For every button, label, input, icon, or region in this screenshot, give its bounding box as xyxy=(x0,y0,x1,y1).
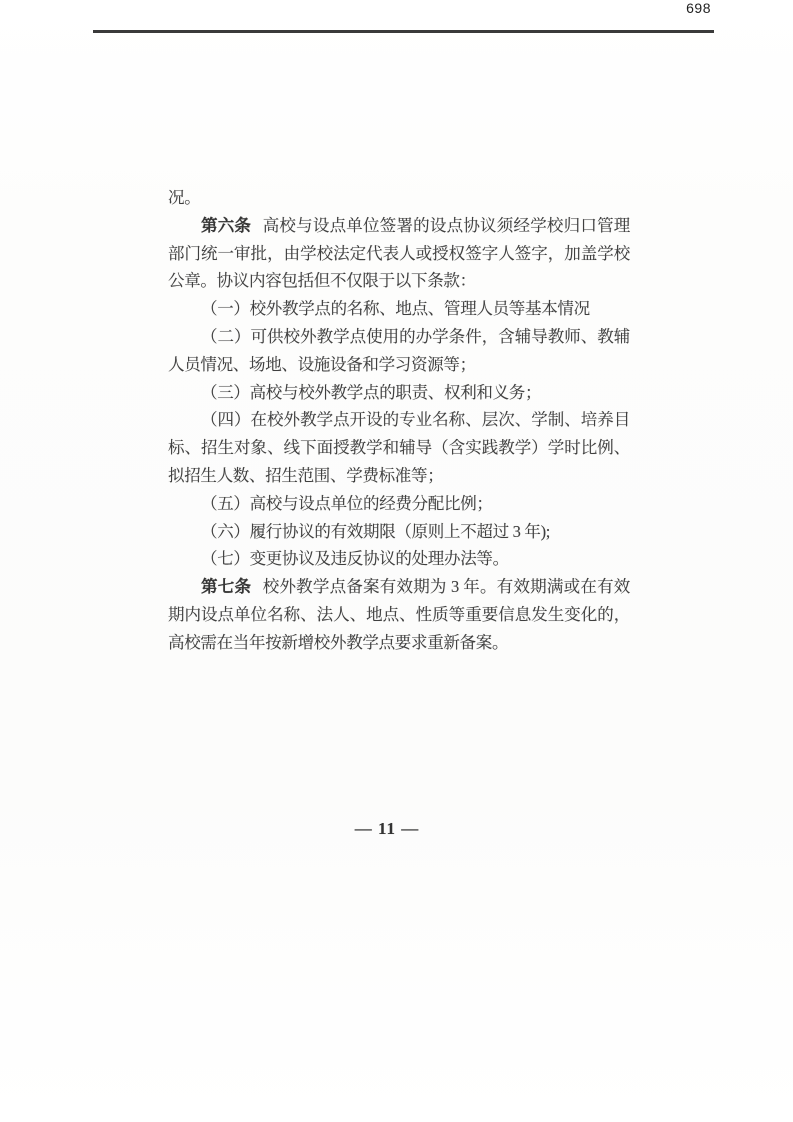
article-term: 第七条 xyxy=(201,577,251,596)
document-page: 698 况。 第六条高校与设点单位签署的设点协议须经学校归口管理 部门统一审批，… xyxy=(0,0,793,1122)
doc-line: 标、招生对象、线下面授教学和辅导（含实践教学）学时比例、 xyxy=(168,434,630,462)
article-term: 第六条 xyxy=(201,216,251,235)
doc-line-text: （六）履行协议的有效期限（原则上不超过 3 年); xyxy=(201,522,550,541)
doc-line: 况。 xyxy=(168,184,630,212)
doc-line-item-7: （七）变更协议及违反协议的处理办法等。 xyxy=(168,545,630,573)
doc-line-text: 况。 xyxy=(168,188,200,207)
doc-line-item-4: （四）在校外教学点开设的专业名称、层次、学制、培养目 xyxy=(168,406,630,434)
doc-line-text: 期内设点单位名称、法人、地点、性质等重要信息发生变化的， xyxy=(168,605,630,624)
doc-line-text: （七）变更协议及违反协议的处理办法等。 xyxy=(201,549,509,568)
doc-line-text: 标、招生对象、线下面授教学和辅导（含实践教学）学时比例、 xyxy=(168,438,630,457)
header-rule xyxy=(93,30,714,33)
doc-line-text: 拟招生人数、招生范围、学费标准等； xyxy=(168,466,443,485)
doc-line-text: （一）校外教学点的名称、地点、管理人员等基本情况 xyxy=(201,299,590,318)
doc-line: 部门统一审批，由学校法定代表人或授权签字人签字，加盖学校 xyxy=(168,240,630,268)
doc-line-item-3: （三）高校与校外教学点的职责、权利和义务； xyxy=(168,379,630,407)
top-page-number: 698 xyxy=(686,0,711,16)
doc-line-text: 部门统一审批，由学校法定代表人或授权签字人签字，加盖学校 xyxy=(168,244,630,263)
doc-line-text: （五）高校与设点单位的经费分配比例； xyxy=(201,494,493,513)
doc-line-item-5: （五）高校与设点单位的经费分配比例； xyxy=(168,490,630,518)
doc-line-article-6: 第六条高校与设点单位签署的设点协议须经学校归口管理 xyxy=(168,212,630,240)
doc-line-text: 校外教学点备案有效期为 3 年。有效期满或在有效 xyxy=(263,577,630,596)
doc-line-item-6: （六）履行协议的有效期限（原则上不超过 3 年); xyxy=(168,518,630,546)
doc-line-item-1: （一）校外教学点的名称、地点、管理人员等基本情况 xyxy=(168,295,630,323)
doc-line-text: 高校与设点单位签署的设点协议须经学校归口管理 xyxy=(263,216,630,235)
doc-line-text: 公章。协议内容包括但不仅限于以下条款： xyxy=(168,271,476,290)
doc-line: 拟招生人数、招生范围、学费标准等； xyxy=(168,462,630,490)
doc-line: 公章。协议内容包括但不仅限于以下条款： xyxy=(168,267,630,295)
doc-line-text: （二）可供校外教学点使用的办学条件，含辅导教师、教辅 xyxy=(201,327,630,346)
doc-line: 高校需在当年按新增校外教学点要求重新备案。 xyxy=(168,629,630,657)
doc-line-article-7: 第七条校外教学点备案有效期为 3 年。有效期满或在有效 xyxy=(168,573,630,601)
doc-line-text: （三）高校与校外教学点的职责、权利和义务； xyxy=(201,383,541,402)
doc-line-text: 高校需在当年按新增校外教学点要求重新备案。 xyxy=(168,633,508,652)
doc-line: 人员情况、场地、设施设备和学习资源等； xyxy=(168,351,630,379)
doc-line-text: 人员情况、场地、设施设备和学习资源等； xyxy=(168,355,476,374)
document-body: 况。 第六条高校与设点单位签署的设点协议须经学校归口管理 部门统一审批，由学校法… xyxy=(168,184,630,657)
footer-page-number: — 11 — xyxy=(355,819,420,839)
doc-line-item-2: （二）可供校外教学点使用的办学条件，含辅导教师、教辅 xyxy=(168,323,630,351)
doc-line: 期内设点单位名称、法人、地点、性质等重要信息发生变化的， xyxy=(168,601,630,629)
doc-line-text: （四）在校外教学点开设的专业名称、层次、学制、培养目 xyxy=(201,410,630,429)
